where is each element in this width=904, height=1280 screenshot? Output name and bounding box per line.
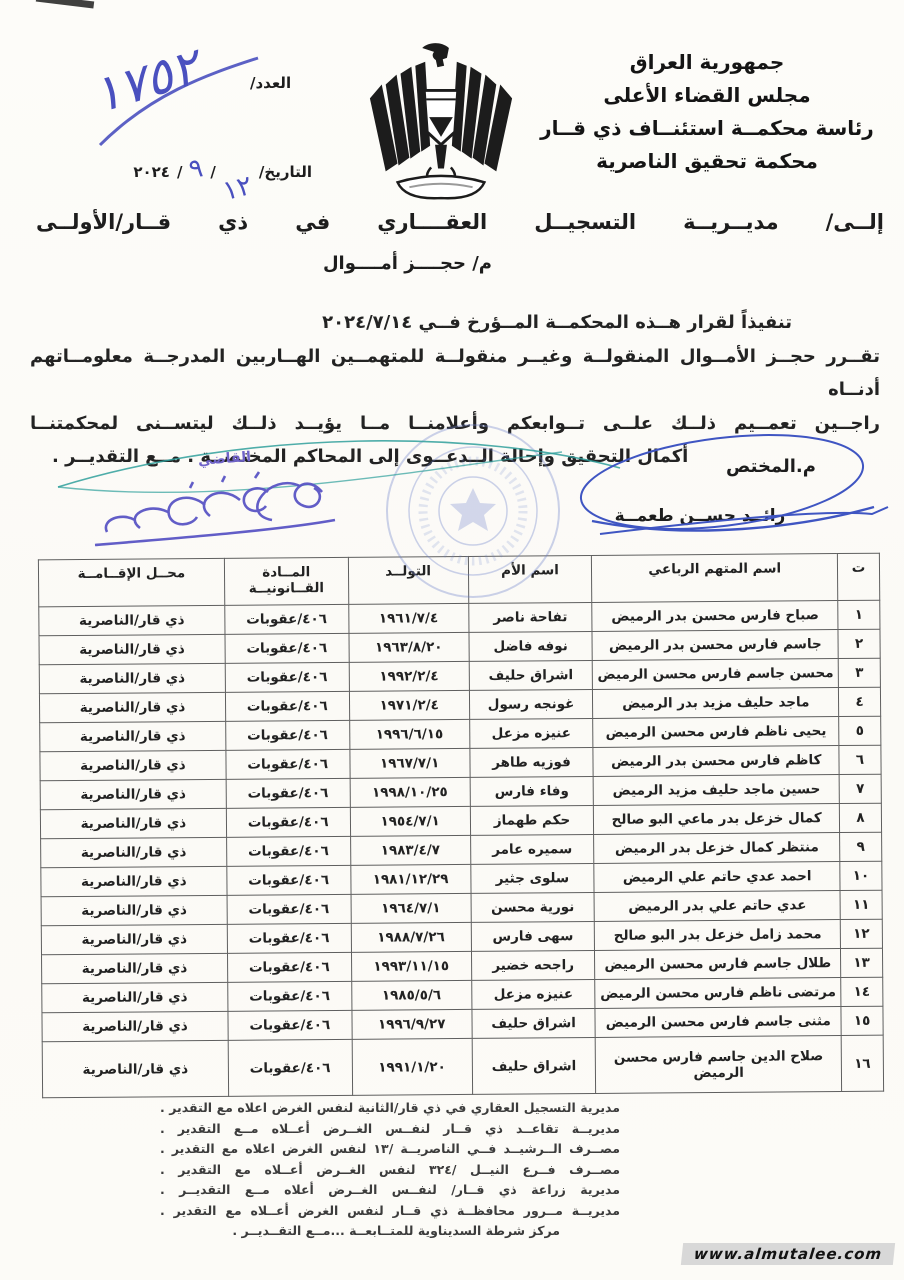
date-separator: / (210, 163, 215, 181)
serial-cell: ١ (838, 600, 880, 629)
org-line: محكمة تحقيق الناصرية (520, 145, 894, 178)
birth-date-cell: ١٩٦٧/٧/١ (350, 748, 470, 778)
table-header-cell: ت (837, 553, 879, 600)
residence-cell: ذي قار/الناصرية (41, 837, 227, 867)
defendant-name-cell: كمال خزعل بدر ماعي البو صالح (594, 804, 840, 835)
mother-name-cell: سلوى جثير (470, 863, 594, 893)
birth-date-cell: ١٩٩٢/٢/٤ (349, 661, 469, 691)
legal-article-cell: ٤٠٦/عقوبات (226, 807, 350, 837)
residence-cell: ذي قار/الناصرية (39, 605, 225, 635)
birth-date-cell: ١٩٨٨/٧/٢٦ (351, 922, 471, 952)
cc-line: مصــرف فــرع النيــل /٣٢٤ لنفس الغــرض أ… (160, 1160, 620, 1181)
defendant-name-cell: محمد زامل خزعل بدر البو صالح (595, 920, 841, 951)
mother-name-cell: غونجه رسول (469, 689, 593, 719)
defendant-name-cell: مثنى جاسم فارس محسن الرميض (595, 1007, 841, 1038)
defendant-name-cell: احمد عدي حاتم علي الرميض (594, 862, 840, 893)
handwritten-document-number: ١٧٥٢ (86, 38, 206, 125)
birth-date-cell: ١٩٦٤/٧/١ (351, 893, 471, 923)
subject-line: م/ حجــــز أمــــوال (328, 253, 492, 274)
officer-name: رائــد حســن طعمــة (600, 506, 800, 526)
mother-name-cell: سميره عامر (470, 834, 594, 864)
serial-cell: ٩ (840, 832, 882, 861)
body-line: تقــرر حجــز الأمــوال المنقولــة وغيــر… (30, 340, 880, 407)
iraq-eagle-emblem (362, 40, 520, 210)
birth-date-cell: ١٩٧١/٢/٤ (349, 690, 469, 720)
residence-cell: ذي قار/الناصرية (42, 1011, 228, 1041)
cc-list: مديرية التسجيل العقاري في ذي قار/الثانية… (160, 1098, 620, 1242)
date-year: ٢٠٢٤ (133, 163, 170, 181)
mother-name-cell: سهى فارس (471, 921, 595, 951)
watermark-badge: www.almutalee.com (681, 1243, 896, 1265)
eagle-icon (362, 40, 520, 210)
defendant-name-cell: طلال جاسم فارس محسن الرميض (595, 949, 841, 980)
legal-article-cell: ٤٠٦/عقوبات (227, 894, 351, 924)
legal-article-cell: ٤٠٦/عقوبات (227, 952, 351, 982)
legal-article-cell: ٤٠٦/عقوبات (228, 1039, 352, 1096)
defendant-name-cell: جاسم فارس محسن بدر الرميض (592, 630, 838, 661)
cc-line: مصــرف الــرشيــد فــي الناصريــة /١٣ لن… (160, 1139, 620, 1160)
org-line: رئاسة محكمــة استئنــاف ذي قــار (520, 112, 894, 145)
residence-cell: ذي قار/الناصرية (40, 779, 226, 809)
mother-name-cell: نورية محسن (471, 892, 595, 922)
legal-article-cell: ٤٠٦/عقوبات (227, 923, 351, 953)
org-line: جمهورية العراق (520, 46, 894, 79)
residence-cell: ذي قار/الناصرية (42, 1040, 228, 1097)
birth-date-cell: ١٩٦٣/٨/٢٠ (349, 632, 469, 662)
legal-article-cell: ٤٠٦/عقوبات (227, 865, 351, 895)
birth-date-cell: ١٩٦١/٧/٤ (348, 603, 468, 633)
body-line: تنفيذاً لقرار هــذه المحكمــة المــؤرخ ف… (30, 306, 880, 340)
residence-cell: ذي قار/الناصرية (42, 953, 228, 983)
defendants-table: تاسم المتهم الرباعياسم الأمالتولــدالمــ… (38, 553, 884, 1099)
mother-name-cell: اشراق حليف (472, 1008, 596, 1038)
serial-cell: ٥ (839, 716, 881, 745)
mother-name-cell: حكم طهماز (470, 805, 594, 835)
handwritten-month: ٩ (187, 153, 205, 185)
serial-cell: ١١ (840, 890, 882, 919)
residence-cell: ذي قار/الناصرية (40, 721, 226, 751)
table-header-cell: التولــد (348, 556, 468, 604)
handwritten-day: ١٢ (220, 170, 256, 207)
defendant-name-cell: يحيى ناظم فارس محسن الرميض (593, 717, 839, 748)
defendant-name-cell: محسن جاسم فارس محسن الرميض (593, 659, 839, 690)
birth-date-cell: ١٩٥٤/٧/١ (350, 806, 470, 836)
document-number-label: العدد/ (250, 74, 291, 92)
legal-article-cell: ٤٠٦/عقوبات (228, 1010, 352, 1040)
birth-date-cell: ١٩٩٣/١١/١٥ (351, 951, 471, 981)
residence-cell: ذي قار/الناصرية (42, 982, 228, 1012)
table-header-row: تاسم المتهم الرباعياسم الأمالتولــدالمــ… (38, 553, 879, 607)
cc-line: مركز شرطة السديناوية للمتــابعــة ...مــ… (160, 1221, 620, 1242)
legal-article-cell: ٤٠٦/عقوبات (225, 604, 349, 634)
table-header-cell: المــادة القــانونيــة (224, 557, 348, 605)
header-org-block: جمهورية العراقمجلس القضاء الأعلىرئاسة مح… (520, 46, 894, 178)
cc-line: مديرية زراعة ذي قــار/ لنفــس الغــرض أع… (160, 1180, 620, 1201)
defendant-name-cell: ماجد حليف مزيد بدر الرميض (593, 688, 839, 719)
serial-cell: ٨ (839, 803, 881, 832)
defendant-name-cell: صلاح الدين جاسم فارس محسن الرميض (596, 1036, 842, 1094)
legal-article-cell: ٤٠٦/عقوبات (226, 836, 350, 866)
defendant-name-cell: حسين ماجد حليف مزيد الرميض (594, 775, 840, 806)
mother-name-cell: اشراق حليف (472, 1037, 596, 1094)
serial-cell: ١٢ (840, 919, 882, 948)
residence-cell: ذي قار/الناصرية (39, 692, 225, 722)
defendant-name-cell: كاظم فارس محسن بدر الرميض (593, 746, 839, 777)
residence-cell: ذي قار/الناصرية (41, 866, 227, 896)
date-row: التاريخ/ ١٢ / ٩ / ٢٠٢٤ (56, 156, 312, 187)
defendant-name-cell: عدي حاتم علي بدر الرميض (594, 891, 840, 922)
legal-article-cell: ٤٠٦/عقوبات (225, 633, 349, 663)
serial-cell: ٢ (838, 629, 880, 658)
scan-artifact (36, 0, 94, 9)
mother-name-cell: عنيزه مزعل (469, 718, 593, 748)
birth-date-cell: ١٩٩٨/١٠/٢٥ (350, 777, 470, 807)
table-header-cell: اسم الأم (468, 555, 592, 603)
date-separator: / (177, 163, 182, 181)
mother-name-cell: فوزيه طاهر (470, 747, 594, 777)
scanned-court-letter: جمهورية العراقمجلس القضاء الأعلىرئاسة مح… (0, 0, 904, 1280)
birth-date-cell: ١٩٨٣/٤/٧ (350, 835, 470, 865)
residence-cell: ذي قار/الناصرية (39, 634, 225, 664)
mother-name-cell: نوفه فاضل (469, 631, 593, 661)
birth-date-cell: ١٩٩٦/٦/١٥ (349, 719, 469, 749)
mother-name-cell: راجحه خضير (471, 950, 595, 980)
officer-title: م.المختص (710, 456, 832, 477)
birth-date-cell: ١٩٩١/١/٢٠ (352, 1038, 472, 1095)
table-header-cell: محــل الإقــامــة (38, 558, 224, 606)
birth-date-cell: ١٩٨١/١٢/٢٩ (350, 864, 470, 894)
mother-name-cell: اشراق حليف (469, 660, 593, 690)
defendant-name-cell: مرتضى ناظم فارس محسن الرميض (595, 978, 841, 1009)
serial-cell: ١٦ (841, 1035, 883, 1091)
org-line: مجلس القضاء الأعلى (520, 79, 894, 112)
residence-cell: ذي قار/الناصرية (39, 663, 225, 693)
judge-signature-scribble (95, 472, 335, 545)
table-body: ١صباح فارس محسن بدر الرميضتفاحة ناصر١٩٦١… (39, 600, 884, 1098)
residence-cell: ذي قار/الناصرية (41, 895, 227, 925)
birth-date-cell: ١٩٨٥/٥/٦ (351, 980, 471, 1010)
addressee-line: إلــى/ مديــريــة التسجيــل العقــــاري … (36, 210, 884, 234)
serial-cell: ٦ (839, 745, 881, 774)
serial-cell: ١٣ (841, 948, 883, 977)
mother-name-cell: تفاحة ناصر (468, 602, 592, 632)
mother-name-cell: وفاء فارس (470, 776, 594, 806)
serial-cell: ٣ (838, 658, 880, 687)
birth-date-cell: ١٩٩٦/٩/٢٧ (352, 1009, 472, 1039)
table-row: ١٦صلاح الدين جاسم فارس محسن الرميضاشراق … (42, 1035, 883, 1098)
legal-article-cell: ٤٠٦/عقوبات (226, 749, 350, 779)
serial-cell: ٤ (838, 687, 880, 716)
serial-cell: ١٠ (840, 861, 882, 890)
serial-cell: ١٤ (841, 977, 883, 1006)
date-label: التاريخ/ (259, 163, 312, 181)
serial-cell: ١٥ (841, 1006, 883, 1035)
body-paragraph: تنفيذاً لقرار هــذه المحكمــة المــؤرخ ف… (30, 306, 880, 474)
legal-article-cell: ٤٠٦/عقوبات (228, 981, 352, 1011)
legal-article-cell: ٤٠٦/عقوبات (225, 662, 349, 692)
residence-cell: ذي قار/الناصرية (40, 750, 226, 780)
legal-article-cell: ٤٠٦/عقوبات (226, 778, 350, 808)
legal-article-cell: ٤٠٦/عقوبات (225, 720, 349, 750)
serial-cell: ٧ (839, 774, 881, 803)
defendant-name-cell: صباح فارس محسن بدر الرميض (592, 601, 838, 632)
body-line: راجــين تعمــيم ذلــك علــى تــوابعكم وأ… (30, 407, 880, 441)
residence-cell: ذي قار/الناصرية (40, 808, 226, 838)
residence-cell: ذي قار/الناصرية (41, 924, 227, 954)
defendant-name-cell: منتظر كمال خزعل بدر الرميض (594, 833, 840, 864)
table-header-cell: اسم المتهم الرباعي (592, 554, 838, 603)
cc-line: مديرية التسجيل العقاري في ذي قار/الثانية… (160, 1098, 620, 1119)
cc-line: مديريــة مــرور محافظــة ذي قــار لنفس ا… (160, 1201, 620, 1222)
mother-name-cell: عنيزه مزعل (471, 979, 595, 1009)
legal-article-cell: ٤٠٦/عقوبات (225, 691, 349, 721)
cc-line: مديريــة تقاعــد ذي قــار لنفــس الغــرض… (160, 1119, 620, 1140)
